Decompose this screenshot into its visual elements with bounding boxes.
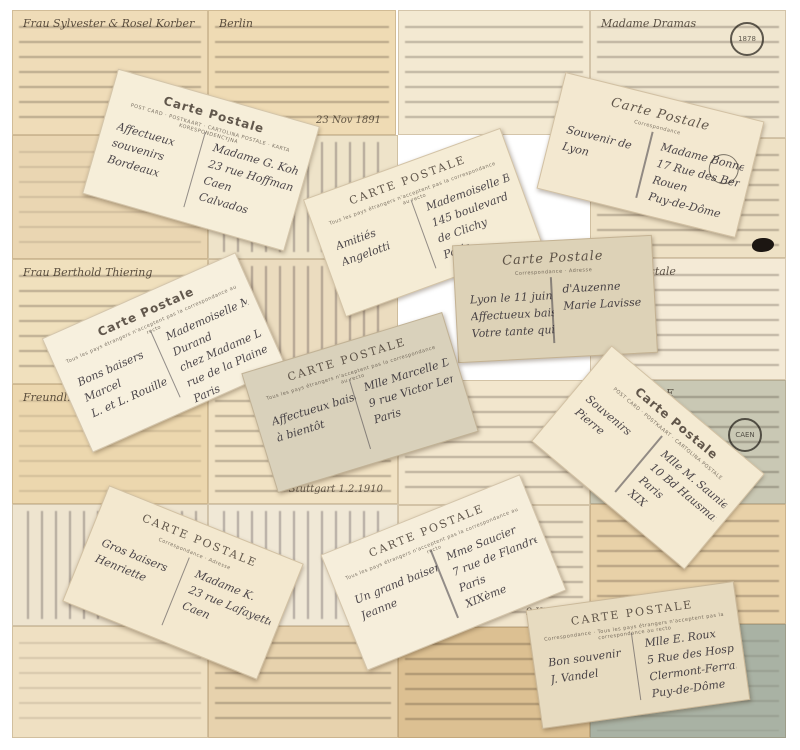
postmark-icon: 1878	[730, 22, 764, 56]
letter-date: 23 Nov 1891	[316, 115, 381, 126]
postcard-message: Lyon le 11 juin 1917Affectueux baisersVo…	[469, 287, 555, 342]
letter-heading: Frau Sylvester & Rosel Korber	[23, 17, 197, 30]
postcard-message: Bon souvenirJ. Vandel	[547, 642, 638, 688]
address-line: Marie Lavisse	[563, 293, 647, 314]
letter-heading: Frau Berthold Thiering	[23, 266, 197, 279]
postcard-address: Madame K.23 rue LafayetteCaen	[180, 566, 280, 646]
postcard: Carte PostaleCorrespondance · AdresseLyo…	[452, 235, 658, 363]
message-line: Votre tante qui ne vous oublie pas	[471, 321, 555, 342]
letter-date: Stuttgart 1.2.1910	[289, 484, 383, 495]
postcard-address: Mlle E. Roux5 Rue des HospicesClermont-F…	[644, 623, 740, 703]
postcard-address: d'AuzenneMarie Lavisse	[562, 276, 647, 314]
postcard-message: Souvenir deLyon	[560, 121, 651, 175]
postcard-collage: Frau Sylvester & Rosel Korber17 Sept 189…	[0, 0, 800, 750]
handwriting-lines	[19, 633, 201, 731]
letter-heading: Berlin	[219, 17, 385, 30]
